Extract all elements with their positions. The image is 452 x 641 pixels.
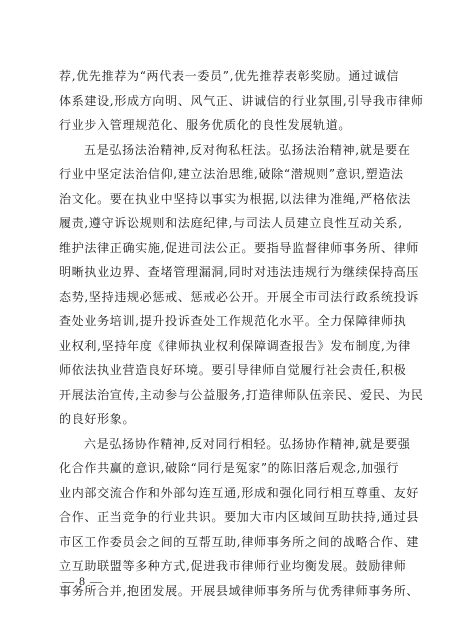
text-line: 查处业务培训,提升投诉查处工作规范化水平。全力保障律师执 — [59, 309, 389, 334]
text-line: 明晰执业边界、查堵管理漏洞,同时对违法违规行为继续保持高压 — [59, 260, 389, 285]
text-line: 治文化。要在执业中坚持以事实为根据,以法律为准绳,严格依法 — [59, 187, 389, 212]
text-line: 荐,优先推荐为“两代表一委员”,优先推荐表彰奖励。通过诚信 — [59, 64, 389, 89]
text-line: 维护法律正确实施,促进司法公正。要指导监督律师事务所、律师 — [59, 236, 389, 261]
text-line: 化合作共赢的意识,破除“同行是冤家”的陈旧落后观念,加强行 — [59, 456, 389, 481]
text-line: 行业步入管理规范化、服务优质化的良性发展轨道。 — [59, 113, 389, 138]
text-line: 合作、正当竞争的行业共识。要加大市内区域间互助扶持,通过县 — [59, 505, 389, 530]
paragraph-start-line: 五是弘扬法治精神,反对徇私枉法。弘扬法治精神,就是要在 — [59, 138, 389, 163]
text-line: 立互助联盟等多种方式,促进我市律师行业均衡发展。鼓励律师 — [59, 554, 389, 579]
document-page: 荐,优先推荐为“两代表一委员”,优先推荐表彰奖励。通过诚信 体系建设,形成方向明… — [0, 0, 452, 641]
text-line: 体系建设,形成方向明、风气正、讲诚信的行业氛围,引导我市律师 — [59, 89, 389, 114]
text-line: 市区工作委员会之间的互帮互助,律师事务所之间的战略合作、建 — [59, 530, 389, 555]
text-line: 态势,坚持违规必惩戒、惩戒必公开。开展全市司法行政系统投诉 — [59, 285, 389, 310]
text-line: 履责,遵守诉讼规则和法庭纪律,与司法人员建立良性互动关系, — [59, 211, 389, 236]
text-line: 行业中坚定法治信仰,建立法治思维,破除“潜规则”意识,塑造法 — [59, 162, 389, 187]
paragraph-start-line: 六是弘扬协作精神,反对同行相轻。弘扬协作精神,就是要强 — [59, 432, 389, 457]
body-text: 荐,优先推荐为“两代表一委员”,优先推荐表彰奖励。通过诚信 体系建设,形成方向明… — [59, 64, 389, 603]
text-line: 的良好形象。 — [59, 407, 389, 432]
text-line: 师依法执业营造良好环境。要引导律师自觉履行社会责任,积极 — [59, 358, 389, 383]
page-number: — 8 — — [62, 574, 103, 589]
text-line: 业权利,坚持年度《律师执业权利保障调查报告》发布制度,为律 — [59, 334, 389, 359]
text-line: 事务所合并,抱团发展。开展县域律师事务所与优秀律师事务所、 — [59, 579, 389, 604]
text-line: 开展法治宣传,主动参与公益服务,打造律师队伍亲民、爱民、为民 — [59, 383, 389, 408]
text-line: 业内部交流合作和外部勾连互通,形成和强化同行相互尊重、友好 — [59, 481, 389, 506]
